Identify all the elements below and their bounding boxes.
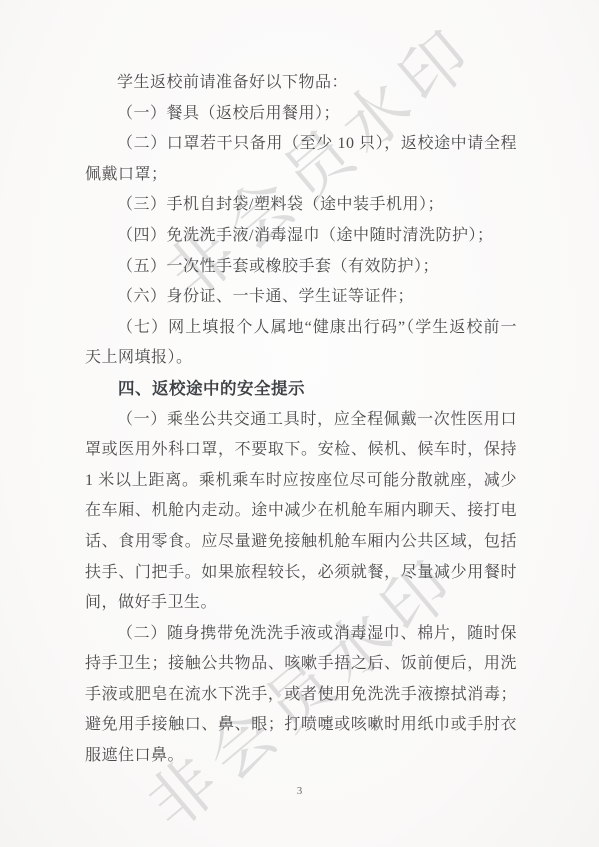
document-body: 学生返校前请准备好以下物品： （一）餐具（返校后用餐用）； （二）口罩若干只备用…	[85, 68, 517, 772]
list-item: （六）身份证、一卡通、学生证等证件；	[85, 282, 517, 313]
section-heading: 四、返校途中的安全提示	[85, 374, 517, 405]
document-page: 非会员水印 非会员水印 学生返校前请准备好以下物品： （一）餐具（返校后用餐用）…	[0, 0, 599, 847]
list-item: （三）手机自封袋/塑料袋（途中装手机用）；	[85, 190, 517, 221]
intro-paragraph: 学生返校前请准备好以下物品：	[85, 68, 517, 99]
list-item: （七）网上填报个人属地“健康出行码”（学生返校前一天上网填报）。	[85, 313, 517, 374]
list-item: （五）一次性手套或橡胶手套（有效防护）；	[85, 252, 517, 283]
section-paragraph: （二）随身携带免洗洗手液或消毒湿巾、棉片，随时保持手卫生；接触公共物品、咳嗽手捂…	[85, 619, 517, 772]
section-paragraph: （一）乘坐公共交通工具时，应全程佩戴一次性医用口罩或医用外科口罩，不要取下。安检…	[85, 405, 517, 619]
list-item: （一）餐具（返校后用餐用）；	[85, 99, 517, 130]
list-item: （四）免洗洗手液/消毒湿巾（途中随时清洗防护）；	[85, 221, 517, 252]
list-item: （二）口罩若干只备用（至少 10 只），返校途中请全程佩戴口罩；	[85, 129, 517, 190]
page-number: 3	[0, 785, 599, 797]
